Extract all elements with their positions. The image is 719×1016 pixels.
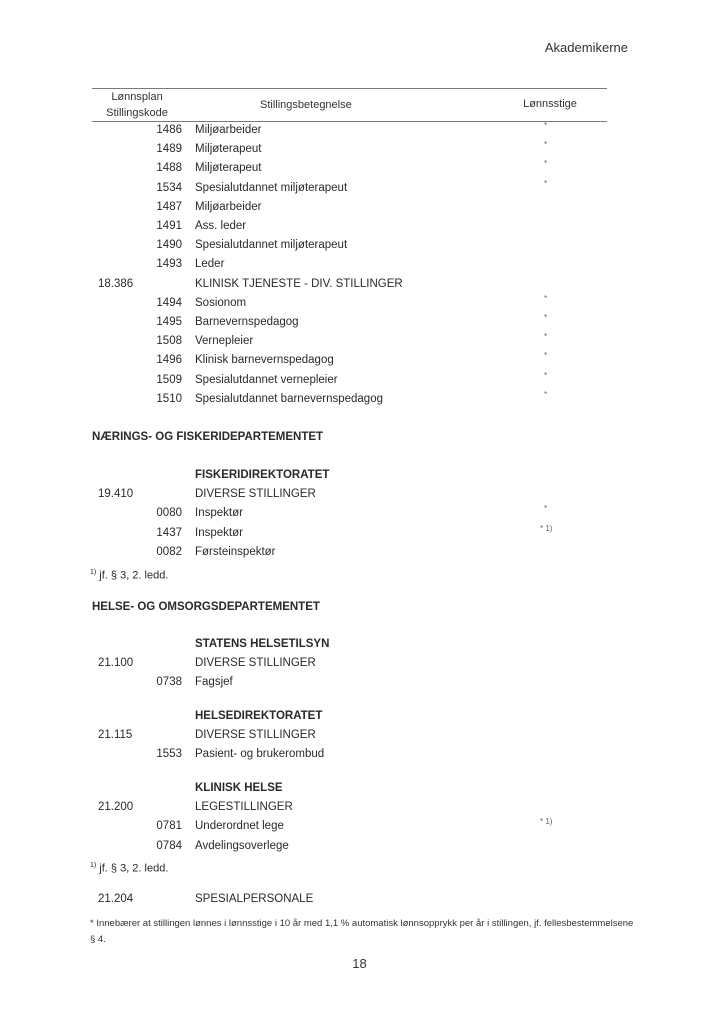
table-row: 1494Sosionom* <box>0 294 719 313</box>
stillingskode-cell: 0080 <box>140 504 182 523</box>
lonnsstige-cell: * <box>530 369 570 383</box>
stillingsbetegnelse-cell: Klinisk barnevernspedagog <box>195 351 334 370</box>
table-row: 0784Avdelingsoverlege <box>0 837 719 856</box>
lonnsstige-cell: * <box>530 388 570 402</box>
stillingskode-cell: 1489 <box>140 140 182 159</box>
footnote-text: jf. § 3, 2. ledd. <box>96 863 168 875</box>
stillingsbetegnelse-cell: Leder <box>195 255 224 274</box>
lonnsstige-cell: * 1) <box>530 522 570 536</box>
footnote: 1) jf. § 3, 2. ledd. <box>90 856 168 879</box>
column-header-plan: Lønnsplan Stillingskode <box>92 89 182 121</box>
stillingskode-cell: 0781 <box>140 817 182 836</box>
lonnsstige-cell: * <box>530 502 570 516</box>
table-row: 1496Klinisk barnevernspedagog* <box>0 351 719 370</box>
table-row: 1508Vernepleier* <box>0 332 719 351</box>
stillingsbetegnelse-cell: Barnevernspedagog <box>195 313 299 332</box>
stillingskode-cell: 1491 <box>140 217 182 236</box>
lonnsstige-cell: * <box>530 330 570 344</box>
table-row: 1553Pasient- og brukerombud <box>0 745 719 764</box>
footnote-text: jf. § 3, 2. ledd. <box>96 570 168 582</box>
stillingsbetegnelse-cell: Sosionom <box>195 294 246 313</box>
lonnsstige-cell: * <box>530 177 570 191</box>
footer-note: * Innebærer at stillingen lønnes i lønns… <box>90 916 640 948</box>
stillingsbetegnelse-cell: Spesialutdannet miljøterapeut <box>195 236 347 255</box>
lonnsplan-cell: 21.100 <box>98 654 133 673</box>
table-row: 1534Spesialutdannet miljøterapeut* <box>0 179 719 198</box>
stillingsbetegnelse-cell: Fagsjef <box>195 673 233 692</box>
stillingsbetegnelse-cell: Miljøarbeider <box>195 198 261 217</box>
stillingsbetegnelse-cell: Miljøarbeider <box>195 121 261 140</box>
table-row: 1491Ass. leder <box>0 217 719 236</box>
table-row: 21.115DIVERSE STILLINGER <box>0 726 719 745</box>
stillingskode-cell: 1487 <box>140 198 182 217</box>
stillingsbetegnelse-cell: LEGESTILLINGER <box>195 798 293 817</box>
lonnsstige-cell: * <box>530 157 570 171</box>
stillingsbetegnelse-cell: KLINISK TJENESTE - DIV. STILLINGER <box>195 275 403 294</box>
stillingsbetegnelse-cell: Spesialutdannet barnevernspedagog <box>195 390 383 409</box>
stillingskode-cell: 1508 <box>140 332 182 351</box>
lonnsstige-cell: * <box>530 292 570 306</box>
stillingskode-cell: 1553 <box>140 745 182 764</box>
lonnsplan-cell: 19.410 <box>98 485 133 504</box>
table-row: 21.100DIVERSE STILLINGER <box>0 654 719 673</box>
table-row: 0738Fagsjef <box>0 673 719 692</box>
agency-heading: STATENS HELSETILSYN <box>195 635 329 654</box>
table-row: 0082Førsteinspektør <box>0 543 719 562</box>
organization-header: Akademikerne <box>545 40 628 55</box>
agency-heading: KLINISK HELSE <box>195 779 283 798</box>
stillingskode-cell: 0082 <box>140 543 182 562</box>
stillingskode-cell: 1496 <box>140 351 182 370</box>
lonnsstige-cell: * <box>530 311 570 325</box>
lonnsplan-cell: 21.200 <box>98 798 133 817</box>
stillingskode-cell: 1534 <box>140 179 182 198</box>
stillingskode-cell: 1495 <box>140 313 182 332</box>
stillingsbetegnelse-cell: Miljøterapeut <box>195 159 261 178</box>
stillingskode-cell: 1493 <box>140 255 182 274</box>
table-row: 0781Underordnet lege* 1) <box>0 817 719 836</box>
page-number: 18 <box>0 956 719 971</box>
stillingsbetegnelse-cell: SPESIALPERSONALE <box>195 890 313 909</box>
table-row: 1495Barnevernspedagog* <box>0 313 719 332</box>
stillingskode-cell: 0784 <box>140 837 182 856</box>
agency-row: HELSEDIREKTORATET <box>0 707 719 726</box>
table-row: 1510Spesialutdannet barnevernspedagog* <box>0 390 719 409</box>
lonnsstige-cell: * <box>530 349 570 363</box>
table-row: 18.386KLINISK TJENESTE - DIV. STILLINGER <box>0 275 719 294</box>
stillingsbetegnelse-cell: Vernepleier <box>195 332 253 351</box>
lonnsplan-cell: 18.386 <box>98 275 133 294</box>
column-header-title: Stillingsbetegnelse <box>260 97 352 113</box>
stillingsbetegnelse-cell: Avdelingsoverlege <box>195 837 289 856</box>
agency-heading: FISKERIDIREKTORATET <box>195 466 329 485</box>
stillingsbetegnelse-cell: Miljøterapeut <box>195 140 261 159</box>
table-row: 1489Miljøterapeut* <box>0 140 719 159</box>
table-row: 1488Miljøterapeut* <box>0 159 719 178</box>
lonnsstige-cell: * <box>530 138 570 152</box>
stillingsbetegnelse-cell: Inspektør <box>195 524 243 543</box>
stillingsbetegnelse-cell: Underordnet lege <box>195 817 284 836</box>
table-row: 1509Spesialutdannet vernepleier* <box>0 371 719 390</box>
stillingskode-cell: 1490 <box>140 236 182 255</box>
stillingsbetegnelse-cell: DIVERSE STILLINGER <box>195 485 316 504</box>
table-row: 1486Miljøarbeider* <box>0 121 719 140</box>
agency-row: STATENS HELSETILSYN <box>0 635 719 654</box>
agency-row: KLINISK HELSE <box>0 779 719 798</box>
stillingsbetegnelse-cell: DIVERSE STILLINGER <box>195 654 316 673</box>
stillingskode-cell: 1488 <box>140 159 182 178</box>
stillingsbetegnelse-cell: Spesialutdannet miljøterapeut <box>195 179 347 198</box>
table-row: 21.204SPESIALPERSONALE <box>0 890 719 909</box>
table-row: 0080Inspektør* <box>0 504 719 523</box>
footnote: 1) jf. § 3, 2. ledd. <box>90 563 168 586</box>
column-header-plan-line2: Stillingskode <box>92 105 182 121</box>
stillingskode-cell: 1494 <box>140 294 182 313</box>
lonnsplan-cell: 21.115 <box>98 726 132 745</box>
department-heading: NÆRINGS- OG FISKERIDEPARTEMENTET <box>92 428 323 447</box>
column-header-plan-line1: Lønnsplan <box>92 89 182 105</box>
stillingsbetegnelse-cell: Inspektør <box>195 504 243 523</box>
agency-row: FISKERIDIREKTORATET <box>0 466 719 485</box>
stillingsbetegnelse-cell: Førsteinspektør <box>195 543 276 562</box>
department-heading: HELSE- OG OMSORGSDEPARTEMENTET <box>92 598 320 617</box>
lonnsplan-cell: 21.204 <box>98 890 133 909</box>
table-row: 1487Miljøarbeider <box>0 198 719 217</box>
stillingsbetegnelse-cell: Ass. leder <box>195 217 246 236</box>
table-row: 21.200LEGESTILLINGER <box>0 798 719 817</box>
stillingskode-cell: 1437 <box>140 524 182 543</box>
stillingsbetegnelse-cell: Spesialutdannet vernepleier <box>195 371 338 390</box>
table-row: 1493Leder <box>0 255 719 274</box>
stillingskode-cell: 0738 <box>140 673 182 692</box>
stillingskode-cell: 1509 <box>140 371 182 390</box>
agency-heading: HELSEDIREKTORATET <box>195 707 322 726</box>
stillingsbetegnelse-cell: DIVERSE STILLINGER <box>195 726 316 745</box>
table-row: 1490Spesialutdannet miljøterapeut <box>0 236 719 255</box>
lonnsstige-cell: * <box>530 119 570 133</box>
lonnsstige-cell: * 1) <box>530 815 570 829</box>
table-row: 19.410DIVERSE STILLINGER <box>0 485 719 504</box>
column-header-stige: Lønnsstige <box>500 96 600 112</box>
stillingsbetegnelse-cell: Pasient- og brukerombud <box>195 745 324 764</box>
stillingskode-cell: 1486 <box>140 121 182 140</box>
table-row: 1437Inspektør* 1) <box>0 524 719 543</box>
stillingskode-cell: 1510 <box>140 390 182 409</box>
